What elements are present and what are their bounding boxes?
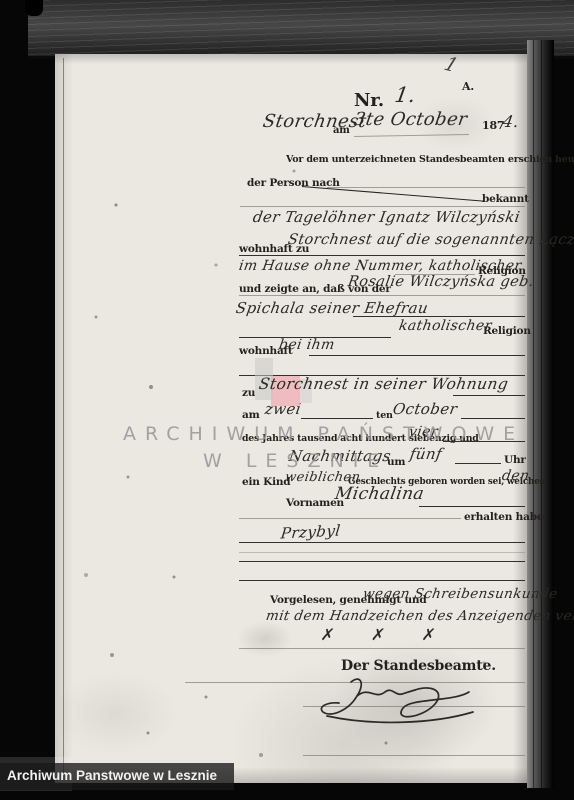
ruled-line [327, 187, 525, 188]
page-fold-line [63, 58, 64, 775]
received-label: erhalten habe [464, 511, 543, 523]
mother-name-hand: Rosalie Wilczyńska geb. [347, 274, 535, 290]
declarant-name-line: der Tagelöhner Ignatz Wilczyński [252, 208, 522, 226]
header-am-label: am [333, 125, 350, 136]
child-den-hand: den [501, 468, 531, 484]
ruled-line [353, 316, 525, 317]
hour-hand: fünf [409, 445, 444, 463]
ruled-line [309, 355, 525, 356]
closing-hand-1: wegen Schreibensunkunde [362, 586, 559, 602]
intro-line: Vor dem unterzeichneten Standesbeamten e… [286, 154, 574, 165]
birth-month-hand: October [392, 400, 459, 418]
zu-label: zu [242, 387, 255, 399]
header-year-hand: 4. [501, 112, 520, 131]
ruled-line [240, 206, 525, 207]
record-number-label: Nr. [354, 90, 384, 111]
ruled-line [239, 552, 525, 553]
ruled-line [239, 255, 525, 256]
identity-known: bekannt [482, 193, 529, 205]
register-page: 1 A. Nr. 1. Storchnest am 3te October 18… [55, 54, 527, 783]
mother-religion-hand: katholischer [398, 318, 493, 334]
ruled-line [301, 418, 373, 419]
date-underline [354, 134, 469, 137]
ruled-line [239, 580, 525, 581]
ruled-line [419, 506, 525, 507]
header-date: 3te October [352, 109, 468, 130]
ten-label: ten [376, 410, 393, 421]
ruled-line [239, 518, 461, 519]
record-number-value: 1. [393, 83, 418, 107]
handmark-crosses: ✗ ✗ ✗ [319, 625, 452, 644]
hand-page-number: 1 [441, 53, 461, 77]
spine-line [541, 40, 542, 788]
hand-stroke [302, 186, 483, 202]
archive-watermark-line1: ARCHIWUM PAŃSTWOWE [123, 423, 524, 445]
um-label: um [387, 456, 405, 468]
binding-notch [25, 0, 43, 16]
archive-watermark-line2: W LESZNIE [203, 450, 388, 472]
mother-maiden-hand: Spichala seiner Ehefrau [235, 299, 430, 317]
ruled-line [453, 395, 525, 396]
religion-label: Religion [483, 325, 531, 337]
birth-place-hand: Storchnest in seiner Wohnung [258, 375, 510, 393]
ruled-line [239, 561, 525, 562]
book-spine-edge [527, 40, 554, 788]
ruled-line [455, 463, 501, 464]
child-name-hand: Michalina [333, 484, 425, 504]
uhr-label: Uhr [504, 454, 526, 466]
ruled-line [239, 542, 525, 543]
ruled-line [461, 418, 525, 419]
margin-note-hand: Przybyl [280, 521, 342, 542]
book-edge-texture [28, 0, 574, 59]
ruled-line [239, 648, 525, 649]
closing-hand-2: mit dem Handzeichen des Anzeigenden vers… [265, 608, 574, 624]
ruled-line [239, 295, 525, 296]
ruled-line [303, 755, 525, 756]
spine-line [533, 40, 534, 788]
paper-specks [55, 54, 57, 56]
wohnhaft-value: bei ihm [278, 337, 336, 353]
am-label: am [242, 409, 260, 421]
residence-value: Storchnest auf die sogenannten Łączka [287, 232, 574, 248]
corner-mark: A. [462, 80, 474, 93]
registrar-signature [313, 672, 483, 728]
scanned-record-view: 1 A. Nr. 1. Storchnest am 3te October 18… [0, 0, 574, 800]
archive-caption: Archiwum Panstwowe w Lesznie [7, 768, 217, 783]
